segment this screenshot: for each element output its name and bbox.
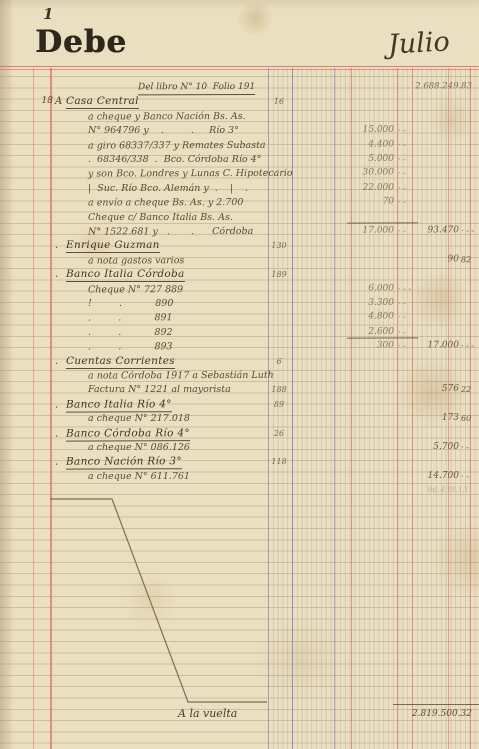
month-label: Julio bbox=[387, 26, 450, 60]
closeout-mark bbox=[0, 0, 479, 749]
carry-forward-label: A la vuelta bbox=[178, 707, 237, 720]
ledger-page: 1 Debe Julio Del libro N° 10 Folio 191 2… bbox=[0, 0, 479, 749]
footer-sum-rule bbox=[393, 704, 479, 705]
carry-forward-total: 2.819.500.32 bbox=[404, 709, 472, 719]
